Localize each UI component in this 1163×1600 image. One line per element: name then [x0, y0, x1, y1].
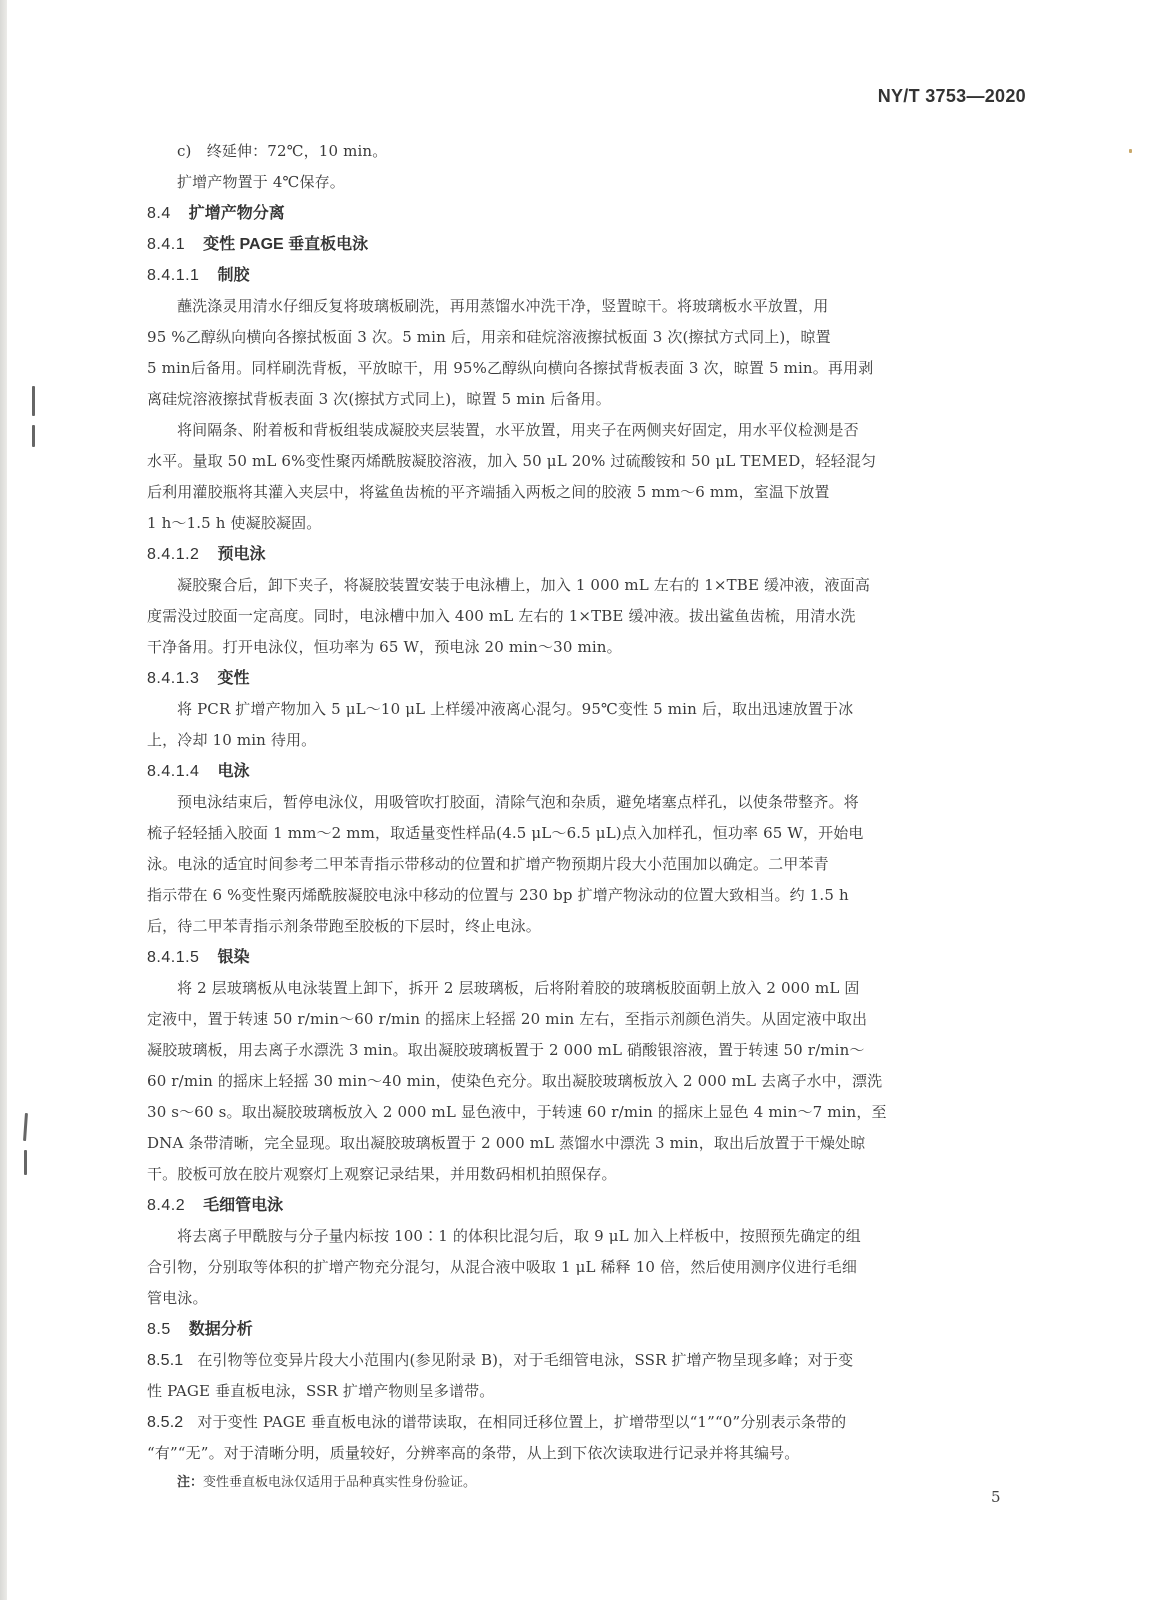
paragraph-line: 60 r/min 的摇床上轻摇 30 min～40 min，使染色充分。取出凝胶…: [147, 1066, 1027, 1097]
paragraph-line: 95 %乙醇纵向横向各擦拭板面 3 次。5 min 后，用亲和硅烷溶液擦拭板面 …: [147, 322, 1027, 353]
paragraph-line: 干。胶板可放在胶片观察灯上观察记录结果，并用数码相机拍照保存。: [147, 1159, 1027, 1190]
paragraph-line: 将间隔条、附着板和背板组装成凝胶夹层装置，水平放置，用夹子在两侧夹好固定，用水平…: [147, 415, 1027, 446]
page-number: 5: [991, 1488, 1001, 1506]
paragraph-line: 凝胶玻璃板，用去离子水漂洗 3 min。取出凝胶玻璃板置于 2 000 mL 硝…: [147, 1035, 1027, 1066]
paragraph-line: 水平。量取 50 mL 6%变性聚丙烯酰胺凝胶溶液，加入 50 μL 20% 过…: [147, 446, 1027, 477]
heading-8-4: 8.4扩增产物分离: [147, 198, 1027, 229]
paragraph-line: 泳。电泳的适宜时间参考二甲苯青指示带移动的位置和扩增产物预期片段大小范围加以确定…: [147, 849, 1027, 880]
heading-8-4-1-4: 8.4.1.4电泳: [147, 756, 1027, 787]
clause-8-5-2: 8.5.2对于变性 PAGE 垂直板电泳的谱带读取，在相同迁移位置上，扩增带型以…: [147, 1407, 1027, 1438]
paragraph-line: 1 h～1.5 h 使凝胶凝固。: [147, 508, 1027, 539]
paragraph-line: 5 min后备用。同样刷洗背板，平放晾干，用 95%乙醇纵向横向各擦拭背板表面 …: [147, 353, 1027, 384]
paragraph-line: 将去离子甲酰胺与分子量内标按 100∶1 的体积比混匀后，取 9 μL 加入上样…: [147, 1221, 1027, 1252]
paragraph-line: 将 2 层玻璃板从电泳装置上卸下，拆开 2 层玻璃板，后将附着胶的玻璃板胶面朝上…: [147, 973, 1027, 1004]
clause-8-5-1: 8.5.1在引物等位变异片段大小范围内(参见附录 B)，对于毛细管电泳，SSR …: [147, 1345, 1027, 1376]
note: 注：变性垂直板电泳仅适用于品种真实性身份验证。: [147, 1469, 1027, 1497]
binding-mark: [24, 1150, 27, 1175]
paragraph-line: 性 PAGE 垂直板电泳，SSR 扩增产物则呈多谱带。: [147, 1376, 1027, 1407]
binding-mark: [32, 386, 35, 416]
paragraph-line: 定液中，置于转速 50 r/min～60 r/min 的摇床上轻摇 20 min…: [147, 1004, 1027, 1035]
binding-mark: [23, 1113, 28, 1141]
heading-8-4-1-1: 8.4.1.1制胶: [147, 260, 1027, 291]
paragraph-line: 将 PCR 扩增产物加入 5 μL～10 μL 上样缓冲液离心混匀。95℃变性 …: [147, 694, 1027, 725]
paragraph-line: DNA 条带清晰，完全显现。取出凝胶玻璃板置于 2 000 mL 蒸馏水中漂洗 …: [147, 1128, 1027, 1159]
note-text: 变性垂直板电泳仅适用于品种真实性身份验证。: [203, 1475, 476, 1490]
paragraph-line: 合引物，分别取等体积的扩增产物充分混匀，从混合液中吸取 1 μL 稀释 10 倍…: [147, 1252, 1027, 1283]
scan-left-edge: [0, 0, 7, 1600]
scan-speck: [1129, 149, 1132, 153]
paragraph-line: 蘸洗涤灵用清水仔细反复将玻璃板刷洗，再用蒸馏水冲洗干净，竖置晾干。将玻璃板水平放…: [147, 291, 1027, 322]
paragraph-line: 预电泳结束后，暂停电泳仪，用吸管吹打胶面，清除气泡和杂质，避免堵塞点样孔，以使条…: [147, 787, 1027, 818]
heading-8-4-1-2: 8.4.1.2预电泳: [147, 539, 1027, 570]
heading-8-5: 8.5数据分析: [147, 1314, 1027, 1345]
paragraph-line: 后利用灌胶瓶将其灌入夹层中，将鲨鱼齿梳的平齐端插入两板之间的胶液 5 mm～6 …: [147, 477, 1027, 508]
paragraph-line: 梳子轻轻插入胶面 1 mm～2 mm，取适量变性样品(4.5 μL～6.5 μL…: [147, 818, 1027, 849]
paragraph-line: 指示带在 6 %变性聚丙烯酰胺凝胶电泳中移动的位置与 230 bp 扩增产物泳动…: [147, 880, 1027, 911]
heading-8-4-1: 8.4.1变性 PAGE 垂直板电泳: [147, 229, 1027, 260]
heading-8-4-2: 8.4.2毛细管电泳: [147, 1190, 1027, 1221]
paragraph-line: “有”“无”。对于清晰分明，质量较好，分辨率高的条带，从上到下依次读取进行记录并…: [147, 1438, 1027, 1469]
heading-8-4-1-5: 8.4.1.5银染: [147, 942, 1027, 973]
paragraph-line: 后，待二甲苯青指示剂条带跑至胶板的下层时，终止电泳。: [147, 911, 1027, 942]
note-label: 注：: [177, 1475, 203, 1490]
paragraph-line: 干净备用。打开电泳仪，恒功率为 65 W，预电泳 20 min～30 min。: [147, 632, 1027, 663]
document-body: c) 终延伸：72℃，10 min。 扩增产物置于 4℃保存。 8.4扩增产物分…: [147, 136, 1027, 1497]
binding-mark: [32, 425, 35, 447]
standard-code-header: NY/T 3753—2020: [878, 86, 1026, 107]
storage-text: 扩增产物置于 4℃保存。: [147, 167, 1027, 198]
heading-8-4-1-3: 8.4.1.3变性: [147, 663, 1027, 694]
paragraph-line: 管电泳。: [147, 1283, 1027, 1314]
list-item-c: c) 终延伸：72℃，10 min。: [147, 136, 1027, 167]
paragraph-line: 凝胶聚合后，卸下夹子，将凝胶装置安装于电泳槽上，加入 1 000 mL 左右的 …: [147, 570, 1027, 601]
paragraph-line: 30 s～60 s。取出凝胶玻璃板放入 2 000 mL 显色液中，于转速 60…: [147, 1097, 1027, 1128]
paragraph-line: 上，冷却 10 min 待用。: [147, 725, 1027, 756]
paragraph-line: 离硅烷溶液擦拭背板表面 3 次(擦拭方式同上)，晾置 5 min 后备用。: [147, 384, 1027, 415]
paragraph-line: 度需没过胶面一定高度。同时，电泳槽中加入 400 mL 左右的 1×TBE 缓冲…: [147, 601, 1027, 632]
